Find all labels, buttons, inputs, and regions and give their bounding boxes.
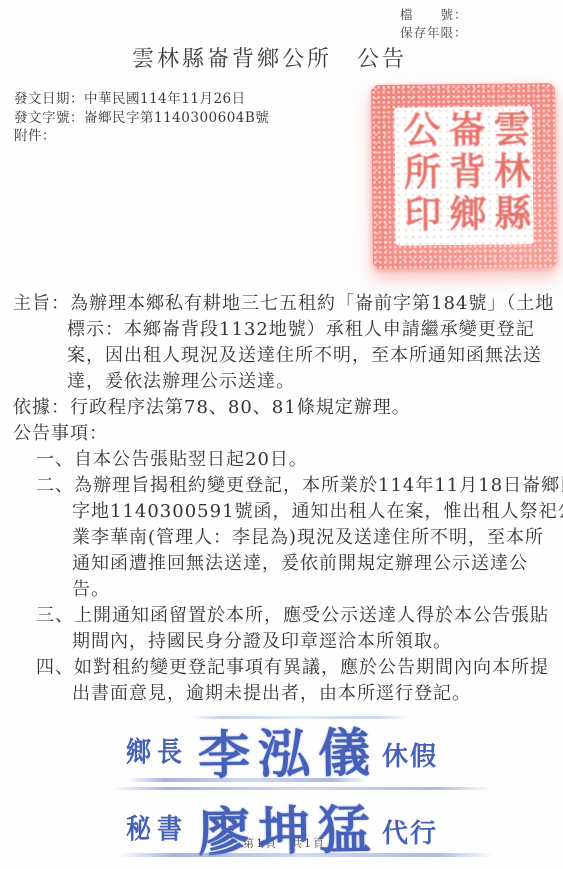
body-line: 告。 [0,577,563,603]
body-line: 字地1140300591號函，通知出租人在案，惟出租人祭祀公 [0,499,563,525]
body-line: 通知函遭推回無法送達，爰依前開規定辦理公示送達公 [0,551,563,577]
issue-date: 發文日期：中華民國114年11月26日 [14,90,269,109]
body-line: 達，爰依法辦理公示送達。 [0,369,563,395]
stamp-ink-smear [128,778,368,782]
mayor-signature-stamp: 鄉長 李泓儀 休假 [126,712,496,787]
announcement-body: 主旨：為辦理本鄉私有耕地三七五租約「崙前字第184號」（土地標示：本鄉崙背段11… [0,291,563,707]
file-number-block: 檔 號： 保存年限： [400,6,550,42]
body-line: 四、如對租約變更登記事項有異議，應於公告期間內向本所提 [0,655,563,681]
on-leave-note: 休假 [382,736,438,773]
attachment-label: 附件： [14,127,269,146]
acting-note: 代行 [382,813,438,850]
body-line: 標示：本鄉崙背段1132地號）承租人申請繼承變更登記 [0,317,563,343]
document-number: 發文字號：崙鄉民字第1140300604B號 [14,109,269,128]
document-title: 雲林縣崙背鄉公所 公告 [0,42,551,73]
body-line: 三、上開通知函留置於本所，應受公示送達人得於本公告張貼 [0,603,563,629]
seal-inscription: 雲林縣崙背鄉公所印 [396,109,532,242]
body-line: 一、自本公告張貼翌日起20日。 [0,447,563,473]
mayor-name: 李泓儀 [197,710,378,788]
secretary-title: 秘書 [126,807,188,847]
body-line: 案，因出租人現況及送達住所不明，至本所通知函無法送 [0,343,563,369]
file-number-label: 檔 號： [400,6,550,24]
body-line: 出書面意見，逾期未提出者，由本所逕行登記。 [0,681,563,707]
announcement-document: 檔 號： 保存年限： 雲林縣崙背鄉公所 公告 發文日期：中華民國114年11月2… [0,0,563,869]
body-line: 二、為辦理旨揭租約變更登記，本所業於114年11月18日崙鄉民 [0,473,563,499]
official-red-seal: 雲林縣崙背鄉公所印 [371,83,557,269]
retention-period-label: 保存年限： [400,24,550,42]
body-line: 公告事項： [0,421,563,447]
mayor-title: 鄉長 [126,730,188,770]
body-line: 依據：行政程序法第78、80、81條規定辦理。 [0,395,563,421]
stamp-ink-smear [118,853,493,857]
seal-inner-face: 雲林縣崙背鄉公所印 [394,106,533,245]
document-meta: 發文日期：中華民國114年11月26日 發文字號：崙鄉民字第1140300604… [14,90,269,146]
body-line: 期間內，持國民身分證及印章逕洽本所領取。 [0,629,563,655]
body-line: 業李華南(管理人：李昆為)現況及送達住所不明，至本所 [0,525,563,551]
body-line: 主旨：為辦理本鄉私有耕地三七五租約「崙前字第184號」（土地 [0,291,563,317]
